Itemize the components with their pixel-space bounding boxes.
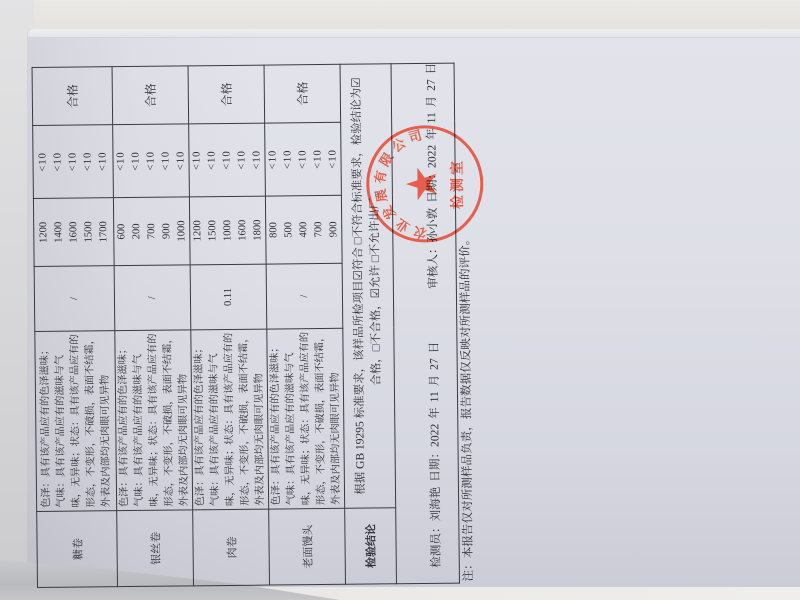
colony-count: 1000	[174, 197, 190, 264]
coliform-value: <10	[95, 125, 111, 197]
coliform-value: <10	[249, 124, 265, 196]
coliform-value: <10	[295, 123, 311, 195]
colony-count: 1500	[205, 197, 221, 264]
inspector-signature: 检测员：刘海艳 日期：2022 年 11 月 27 日	[425, 342, 443, 568]
coliform-value: <10	[35, 126, 51, 198]
coliform-value: <10	[234, 124, 250, 196]
colony-count: 200	[129, 198, 145, 265]
product-name-cell: 老面馒头	[269, 508, 346, 585]
colony-count: 700	[144, 198, 160, 265]
product-name-cell: 糖卷	[37, 511, 118, 588]
coliform-value: <10	[128, 125, 144, 197]
sensory-line: 形态，不变形，不破损，表面不结霜，	[312, 329, 329, 505]
coliform-cell: <10 <10 <10 <10 <10	[265, 122, 342, 196]
inspection-report: 糖卷 色泽：具有该产品应有的色泽滋味； 气味：具有该产品应有的滋味与气 味，无异…	[31, 43, 497, 588]
product-name-cell: 银丝卷	[117, 510, 194, 587]
sensory-line: 外表及内部均无肉眼可见异物	[251, 330, 268, 506]
colony-count: 1500	[81, 198, 97, 265]
test-value: /	[147, 296, 158, 299]
product-name: 糖卷	[72, 538, 84, 560]
result-value: 合格	[296, 82, 310, 106]
seal-department-text: 检测室	[449, 158, 467, 209]
result-value: 合格	[66, 84, 80, 108]
coliform-value: <10	[189, 124, 205, 196]
coliform-value: <10	[158, 125, 174, 197]
test-value-cell: /	[114, 265, 191, 331]
result-cell: 合格	[188, 65, 265, 124]
coliform-cell: <10 <10 <10 <10 <10	[33, 125, 114, 199]
official-seal-stamp: 农业发展有限公司 检测室	[362, 121, 487, 246]
product-name: 银丝卷	[150, 532, 162, 565]
colony-count: 900	[159, 198, 175, 265]
coliform-cell: <10 <10 <10 <10 <10	[189, 123, 266, 197]
table-row: 糖卷 色泽：具有该产品应有的色泽滋味； 气味：具有该产品应有的滋味与气 味，无异…	[32, 67, 117, 588]
sensory-line: 外表及内部均无肉眼可见异物	[175, 330, 192, 506]
colony-count: 1700	[96, 198, 112, 265]
result-cell: 合格	[32, 67, 113, 126]
coliform-value: <10	[65, 126, 81, 198]
sensory-requirement-cell: 色泽：具有该产品应有的色泽滋味； 气味：具有该产品应有的滋味与气 味，无异味；状…	[115, 330, 193, 511]
report-footnote: 注：本报告仅对所测样品负责，报告数据仅反映对所测样品的评价。	[456, 234, 476, 582]
colony-count: 400	[296, 196, 312, 263]
colony-count: 1600	[235, 197, 251, 264]
coliform-value: <10	[219, 124, 235, 196]
colony-count: 1600	[66, 199, 82, 266]
coliform-value: <10	[173, 124, 189, 196]
colony-count: 1200	[36, 199, 52, 266]
table-row: 肉卷 色泽：具有该产品应有的色泽滋味； 气味：具有该产品应有的滋味与气 味，无异…	[188, 65, 269, 586]
sensory-requirement-cell: 色泽：具有该产品应有的色泽滋味； 气味：具有该产品应有的滋味与气 味，无异味；状…	[267, 328, 345, 509]
coliform-value: <10	[265, 123, 281, 195]
coliform-value: <10	[310, 123, 326, 195]
sensory-line: 形态，不变形，不破损，表面不结霜，	[160, 331, 177, 507]
result-cell: 合格	[264, 64, 341, 123]
sensory-line: 外表及内部均无肉眼可见异物	[327, 329, 344, 505]
background-surface	[0, 0, 800, 32]
coliform-value: <10	[325, 123, 341, 195]
colony-count: 700	[311, 196, 327, 263]
test-value-cell: /	[266, 263, 343, 329]
colony-count: 1400	[51, 199, 67, 266]
colony-count-cell: 600 200 700 900 1000	[113, 197, 190, 266]
result-cell: 合格	[112, 66, 189, 125]
product-name: 肉卷	[226, 536, 238, 558]
colony-count: 500	[281, 196, 297, 263]
coliform-value: <10	[280, 123, 296, 195]
sensory-line: 外表及内部均无肉眼可见异物	[97, 331, 114, 507]
coliform-cell: <10 <10 <10 <10 <10	[113, 124, 190, 198]
coliform-value: <10	[143, 125, 159, 197]
product-name: 老面馒头	[302, 525, 314, 569]
colony-count: 600	[114, 198, 130, 265]
table-row: 银丝卷 色泽：具有该产品应有的色泽滋味； 气味：具有该产品应有的滋味与气 味，无…	[112, 66, 193, 587]
product-name-cell: 肉卷	[193, 509, 270, 586]
test-value: /	[69, 297, 80, 300]
sensory-requirement-cell: 色泽：具有该产品应有的色泽滋味； 气味：具有该产品应有的滋味与气 味，无异味；状…	[35, 331, 117, 512]
colony-count-cell: 1200 1400 1600 1500 1700	[33, 198, 114, 267]
stacked-sheet-edge	[28, 29, 800, 38]
result-value: 合格	[220, 82, 234, 106]
coliform-value: <10	[113, 125, 129, 197]
result-value: 合格	[144, 83, 158, 107]
colony-count: 1800	[250, 197, 266, 264]
sensory-line: 形态，不变形，不破损，表面不结霜，	[82, 331, 99, 507]
colony-count: 900	[326, 196, 342, 263]
coliform-value: <10	[80, 125, 96, 197]
colony-count-cell: 800 500 400 700 900	[265, 195, 342, 264]
coliform-value: <10	[50, 126, 66, 198]
test-value-cell: /	[34, 266, 115, 332]
sensory-line: 形态，不变形，不破损，表面不结霜，	[236, 330, 253, 506]
sensory-requirement-cell: 色泽：具有该产品应有的色泽滋味； 气味：具有该产品应有的滋味与气 味，无异味；状…	[191, 329, 269, 510]
colony-count-cell: 1200 1500 1000 1600 1800	[189, 196, 266, 265]
star-icon	[406, 168, 437, 201]
test-value-cell: 0.11	[190, 264, 267, 330]
colony-count: 1000	[220, 197, 236, 264]
conclusion-label: 检验结论	[345, 508, 397, 585]
colony-count: 1200	[190, 197, 206, 264]
test-value: /	[299, 295, 310, 298]
test-value: 0.11	[223, 288, 234, 306]
colony-count: 800	[266, 196, 282, 263]
table-row: 老面馒头 色泽：具有该产品应有的色泽滋味； 气味：具有该产品应有的滋味与气 味，…	[264, 64, 345, 585]
coliform-value: <10	[204, 124, 220, 196]
